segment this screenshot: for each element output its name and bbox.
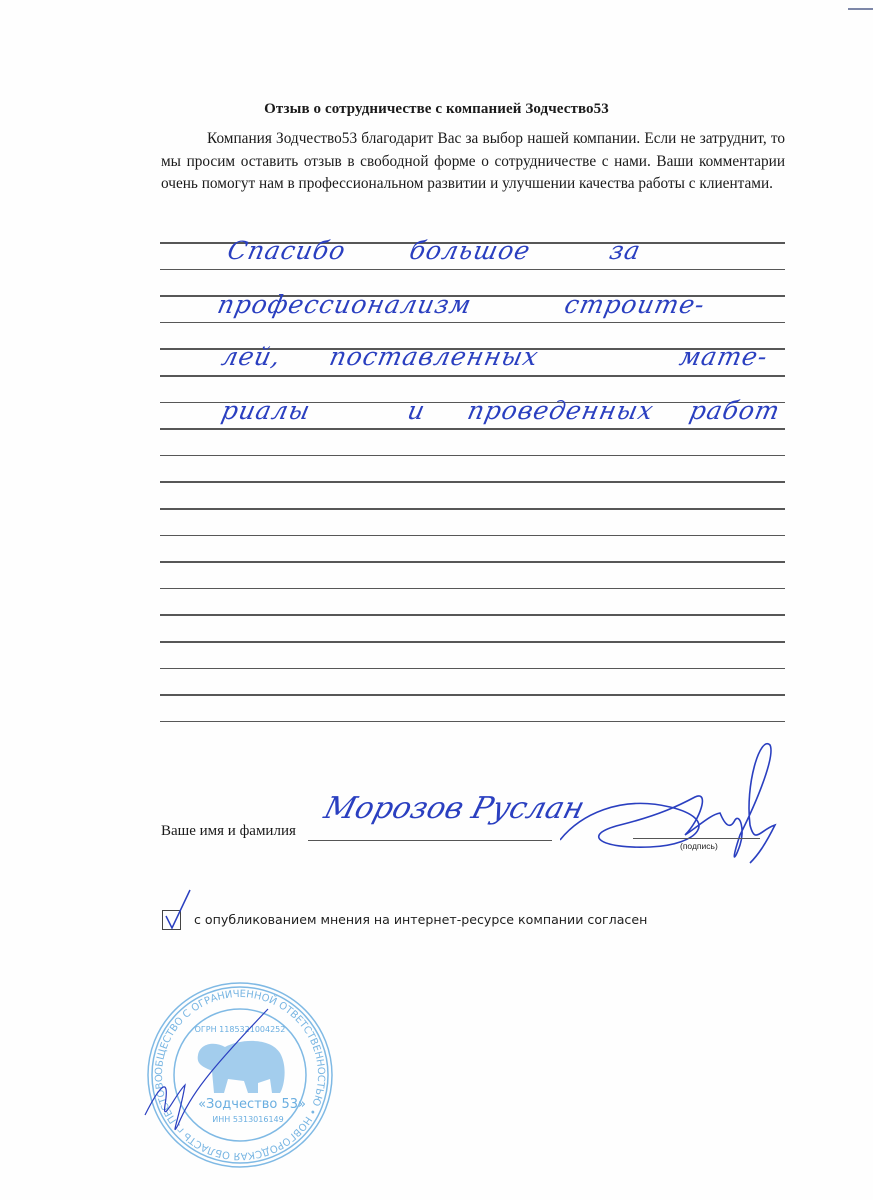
- ruled-line: [160, 375, 785, 377]
- ruled-line: [160, 508, 785, 510]
- handwritten-word: Спасибо: [225, 236, 349, 265]
- ruled-line: [160, 614, 785, 616]
- handwritten-word: проведенных: [465, 396, 657, 425]
- ruled-line: [160, 455, 785, 457]
- feedback-form-page: Отзыв о сотрудничестве с компанией Зодче…: [0, 0, 873, 1200]
- bear-icon: [198, 1041, 285, 1093]
- ruled-line: [160, 668, 785, 670]
- handwritten-word: поставленных: [327, 342, 542, 371]
- handwritten-word: строите-: [562, 290, 708, 319]
- handwritten-word: лей,: [219, 342, 284, 371]
- scan-corner-mark: [848, 8, 873, 10]
- ruled-line: [160, 269, 785, 271]
- stamp-ogrn: ОГРН 1185321004252: [195, 1025, 286, 1034]
- name-field-label: Ваше имя и фамилия: [161, 823, 296, 840]
- handwritten-word: профессионализм: [215, 290, 475, 319]
- handwritten-word: риалы: [219, 396, 313, 425]
- ruled-line: [160, 535, 785, 537]
- ruled-line: [160, 588, 785, 590]
- ruled-line: [160, 322, 785, 324]
- signature-caption: (подпись): [680, 841, 718, 851]
- signature-line[interactable]: [633, 838, 760, 839]
- handwritten-word: большое: [407, 236, 534, 265]
- ruled-line: [160, 481, 785, 483]
- ruled-line: [160, 561, 785, 563]
- handwritten-word: мате-: [677, 342, 771, 371]
- handwritten-word: работ: [687, 396, 783, 425]
- ruled-line: [160, 694, 785, 696]
- name-field-value[interactable]: Морозов Руслан: [320, 791, 588, 826]
- handwritten-word: за: [607, 236, 644, 265]
- ruled-line: [160, 721, 785, 723]
- stamp-inn: ИНН 5313016149: [212, 1115, 283, 1124]
- stamp-center-name: «Зодчество 53»: [198, 1097, 306, 1112]
- consent-label: с опубликованием мнения на интернет-ресу…: [194, 912, 647, 927]
- ruled-line: [160, 428, 785, 430]
- name-field-line[interactable]: [308, 840, 552, 841]
- company-stamp: ОБЩЕСТВО С ОГРАНИЧЕННОЙ ОТВЕТСТВЕННОСТЬЮ…: [140, 975, 340, 1175]
- checkmark-icon: [158, 886, 198, 936]
- ruled-line: [160, 641, 785, 643]
